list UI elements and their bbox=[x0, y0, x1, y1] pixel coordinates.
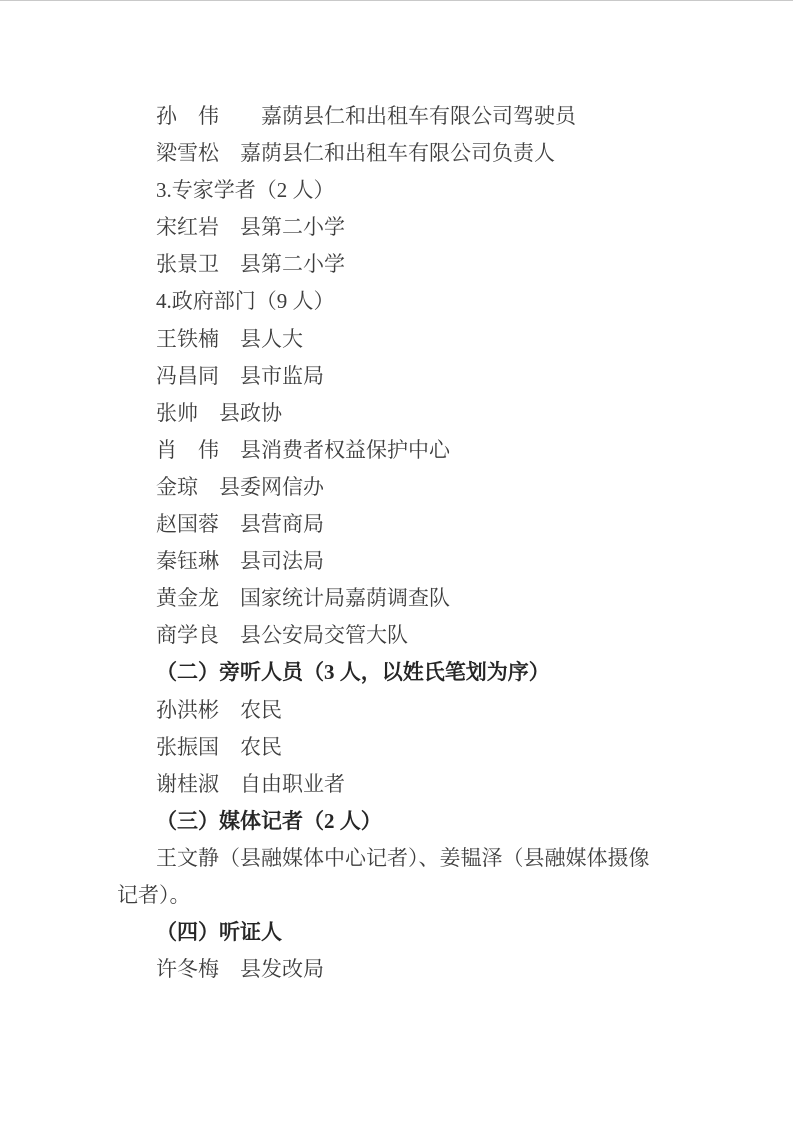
text-line: 4.政府部门（9 人） bbox=[117, 283, 681, 320]
text-line: 记者）。 bbox=[117, 877, 681, 914]
text-line: 王文静（县融媒体中心记者）、姜韫泽（县融媒体摄像 bbox=[117, 840, 681, 877]
text-line: 王铁楠 县人大 bbox=[117, 321, 681, 358]
section-heading: （三）媒体记者（2 人） bbox=[117, 803, 681, 840]
text-line: 赵国蓉 县营商局 bbox=[117, 506, 681, 543]
text-line: 宋红岩 县第二小学 bbox=[117, 209, 681, 246]
section-heading: （二）旁听人员（3 人，以姓氏笔划为序） bbox=[117, 654, 681, 691]
text-line: 黄金龙 国家统计局嘉荫调查队 bbox=[117, 580, 681, 617]
text-line: 梁雪松 嘉荫县仁和出租车有限公司负责人 bbox=[117, 135, 681, 172]
text-line: 张帅 县政协 bbox=[117, 395, 681, 432]
document-page: 孙 伟 嘉荫县仁和出租车有限公司驾驶员梁雪松 嘉荫县仁和出租车有限公司负责人3.… bbox=[0, 0, 793, 1122]
text-line: 3.专家学者（2 人） bbox=[117, 172, 681, 209]
text-line: 金琼 县委网信办 bbox=[117, 469, 681, 506]
section-heading: （四）听证人 bbox=[117, 914, 681, 951]
text-line: 许冬梅 县发改局 bbox=[117, 951, 681, 988]
text-line: 商学良 县公安局交管大队 bbox=[117, 617, 681, 654]
text-line: 张振国 农民 bbox=[117, 729, 681, 766]
text-line: 肖 伟 县消费者权益保护中心 bbox=[117, 432, 681, 469]
text-line: 秦钰琳 县司法局 bbox=[117, 543, 681, 580]
document-body: 孙 伟 嘉荫县仁和出租车有限公司驾驶员梁雪松 嘉荫县仁和出租车有限公司负责人3.… bbox=[117, 98, 681, 988]
text-line: 孙洪彬 农民 bbox=[117, 692, 681, 729]
text-line: 张景卫 县第二小学 bbox=[117, 246, 681, 283]
page-top-edge bbox=[0, 0, 793, 1]
text-line: 谢桂淑 自由职业者 bbox=[117, 766, 681, 803]
text-line: 孙 伟 嘉荫县仁和出租车有限公司驾驶员 bbox=[117, 98, 681, 135]
text-line: 冯昌同 县市监局 bbox=[117, 358, 681, 395]
